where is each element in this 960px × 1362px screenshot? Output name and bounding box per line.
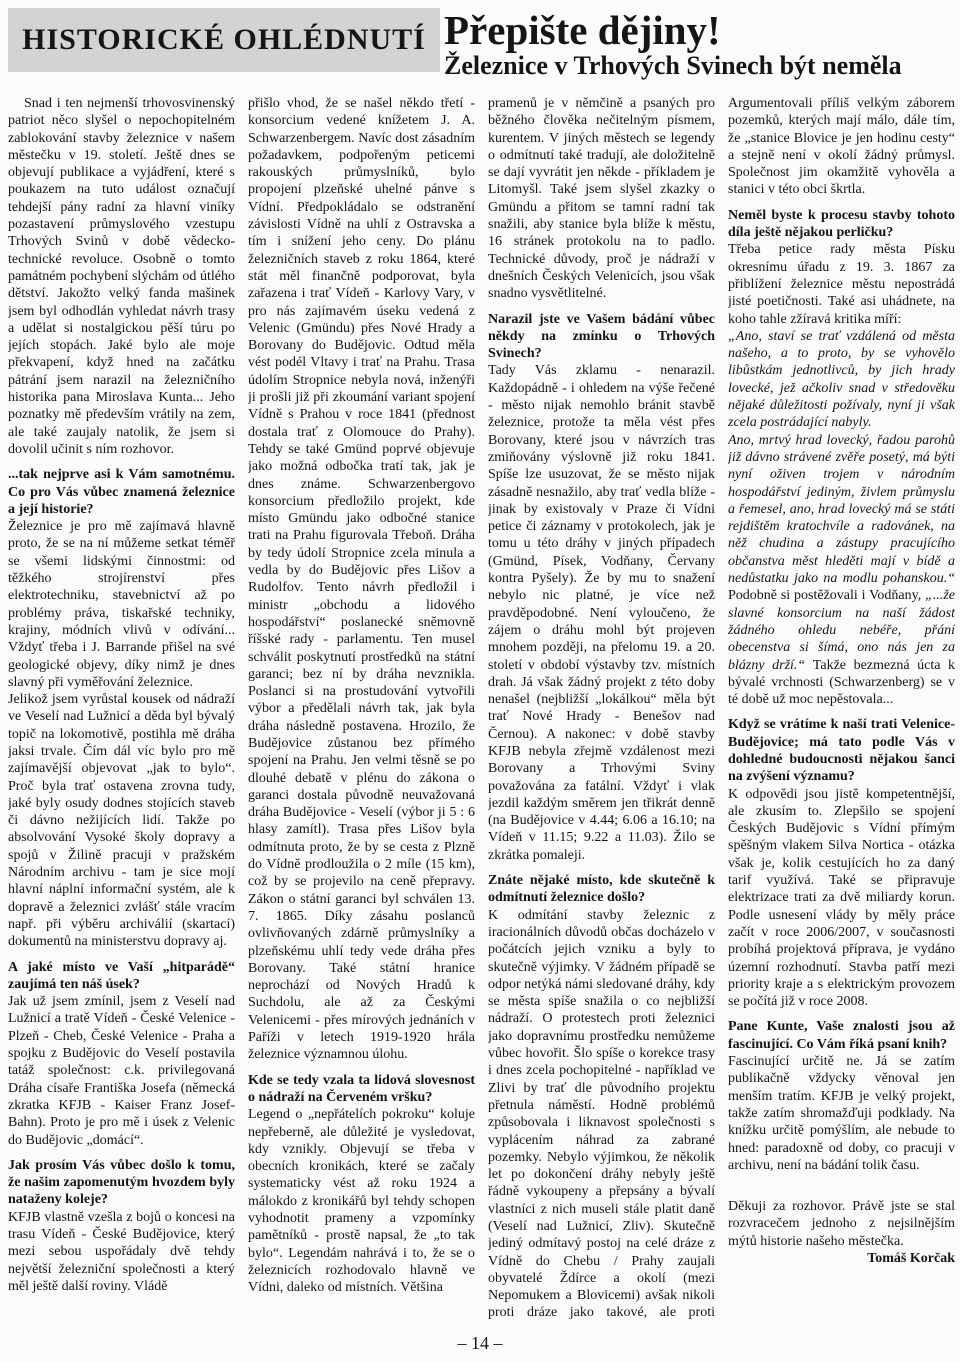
quote-run: Ano, mrtvý hrad lovecký, řadou parohů ji…: [728, 433, 955, 586]
article-paragraph: Jak už jsem zmínil, jsem z Veselí nad Lu…: [8, 993, 235, 1149]
page-number: – 14 –: [458, 1333, 503, 1353]
article-paragraph: Jelikož jsem vyrůstal kousek od nádraží …: [8, 691, 235, 950]
article-paragraph: Snad i ten nejmenší trhovosvinenský patr…: [8, 95, 235, 458]
article-paragraph: K odmítání stavby železnic z iracionální…: [488, 907, 715, 1321]
interview-question: Neměl byste k procesu stavby tohoto díla…: [728, 207, 955, 242]
text-run: Podobně si postěžovali i Vodňany,: [728, 588, 925, 603]
interview-question: Kde se tedy vzala ta lidová slovesnost o…: [248, 1072, 475, 1107]
author-signature: Tomáš Korčak: [728, 1250, 955, 1267]
text-column-2: přišlo vhod, že se našel někdo třetí - k…: [248, 95, 475, 1321]
page-header: HISTORICKÉ OHLÉDNUTÍ Přepište dějiny! Že…: [0, 0, 960, 86]
closing-paragraph: Děkuji za rozhovor. Právě jste se stal r…: [728, 1198, 955, 1250]
interview-question: ...tak nejprve asi k Vám samotnému. Co p…: [8, 466, 235, 518]
article-paragraph: Železnice je pro mě zajímavá hlavně prot…: [8, 518, 235, 691]
article-paragraph: Tady Vás zklamu - nenarazil. Každopádně …: [488, 362, 715, 864]
petition-quote: „Ano, staví se trať vzdálená od města na…: [728, 328, 955, 432]
article-paragraph: K odpovědi jsou jistě kompetentnější, al…: [728, 786, 955, 1011]
interview-question: Pane Kunte, Vaše znalosti jsou až fascin…: [728, 1018, 955, 1053]
interview-question: Když se vrátíme k naší trati Velenice- B…: [728, 716, 955, 785]
article-paragraph: Ano, mrtvý hrad lovecký, řadou parohů ji…: [728, 432, 955, 709]
headline: Přepište dějiny! Železnice v Trhových Sv…: [444, 8, 950, 86]
article-paragraph: Argumentovali příliš velkým záborem poze…: [728, 95, 955, 199]
article-paragraph: KFJB vlastně vzešla z bojů o koncesi na …: [8, 1209, 235, 1295]
interview-question: Narazil jste ve Vašem bádání vůbec někdy…: [488, 311, 715, 363]
text-column-4: Argumentovali příliš velkým záborem poze…: [728, 95, 955, 1321]
text-column-1: Snad i ten nejmenší trhovosvinenský patr…: [8, 95, 235, 1321]
article-body: Snad i ten nejmenší trhovosvinenský patr…: [0, 95, 960, 1321]
article-title: Přepište dějiny!: [444, 9, 950, 51]
page-footer: – 14 –: [0, 1333, 960, 1354]
interview-question: A jaké místo ve Vaší „hitparádě“ zaujímá…: [8, 959, 235, 994]
newspaper-page: HISTORICKÉ OHLÉDNUTÍ Přepište dějiny! Že…: [0, 0, 960, 1362]
article-paragraph: pramenů je v němčině a psaných pro běžné…: [488, 95, 715, 303]
article-paragraph: Legend o „nepřátelích pokroku“ koluje ne…: [248, 1106, 475, 1296]
interview-question: Jak prosím Vás vůbec došlo k tomu, že na…: [8, 1157, 235, 1209]
article-paragraph: Fascinující určitě ne. Já se zatím publi…: [728, 1053, 955, 1174]
interview-question: Znáte nějaké místo, kde skutečně k odmít…: [488, 872, 715, 907]
section-header-box: HISTORICKÉ OHLÉDNUTÍ: [8, 8, 440, 72]
article-paragraph: Třeba petice rady města Písku okresnímu …: [728, 241, 955, 327]
section-title: HISTORICKÉ OHLÉDNUTÍ: [22, 23, 426, 57]
text-column-3: pramenů je v němčině a psaných pro běžné…: [488, 95, 715, 1321]
article-paragraph: přišlo vhod, že se našel někdo třetí - k…: [248, 95, 475, 1064]
article-subtitle: Železnice v Trhových Svinech být neměla: [444, 51, 950, 81]
